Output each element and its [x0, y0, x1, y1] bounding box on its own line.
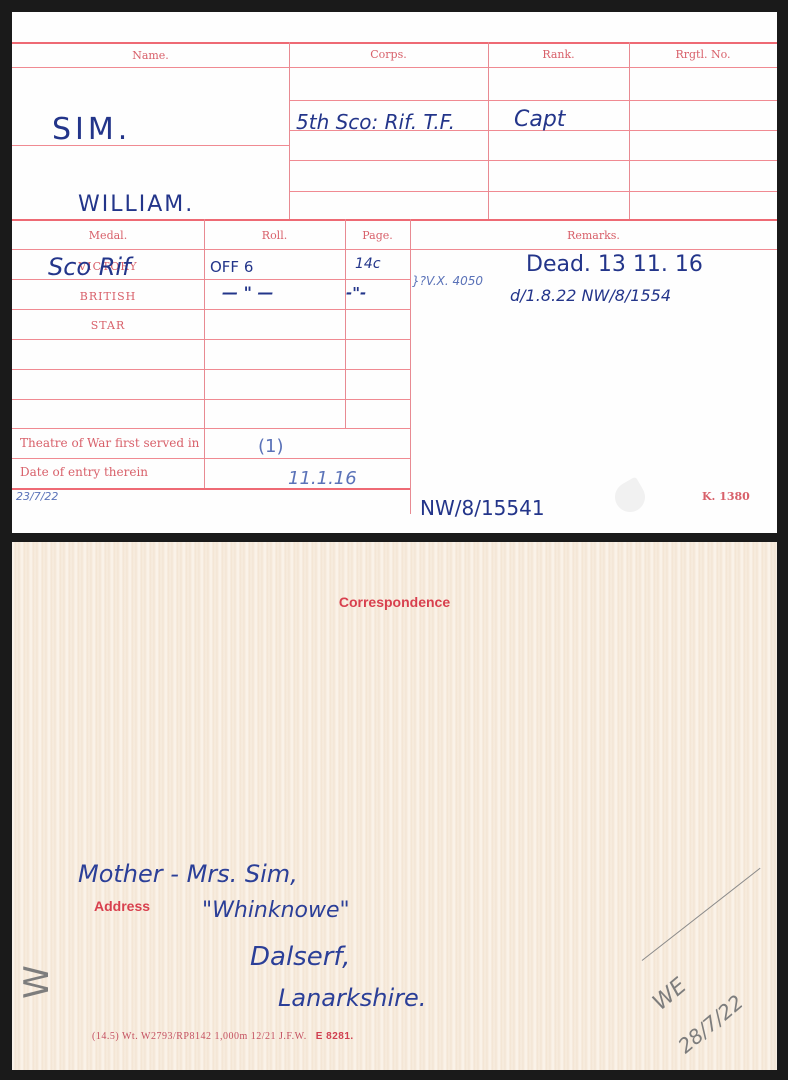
pencil-slash [642, 868, 761, 961]
hw-remark-line2: d/1.8.22 NW/8/1554 [510, 286, 671, 305]
hw-address-line3: Dalserf, [250, 942, 350, 972]
col-divider-corps [289, 42, 290, 219]
hw-medal-note: Sco Rif [48, 253, 131, 281]
hw-forename: WILLIAM. [78, 192, 194, 217]
medal-star-label: STAR [12, 319, 204, 332]
header-page: Page. [345, 229, 410, 242]
theatre-label: Theatre of War first served in [20, 436, 199, 450]
col-divider-remarks [410, 219, 411, 514]
header-name: Name. [12, 49, 289, 62]
medal-card-back: Correspondence Address Mother - Mrs. Sim… [12, 542, 777, 1070]
hw-date-entry: 11.1.16 [288, 468, 357, 489]
correspondence-heading: Correspondence [12, 594, 777, 610]
form-number: K. 1380 [702, 490, 750, 503]
header-medal: Medal. [12, 229, 204, 242]
imprint-text: (14.5) Wt. W2793/RP8142 1,000m 12/21 J.F… [92, 1031, 307, 1042]
rule [12, 339, 410, 340]
pencil-date-right: 28/7/22 [673, 990, 747, 1058]
hw-file-ref: NW/8/15541 [420, 496, 545, 520]
rule-header-bottom [12, 67, 777, 68]
hw-roll-british: — " — [222, 283, 273, 302]
hw-remark-ref: }?V.X. 4050 [412, 274, 483, 288]
hw-remark-dead: Dead. 13 11. 16 [526, 252, 703, 277]
hw-rank: Capt [514, 107, 565, 132]
rule [12, 309, 410, 310]
medal-british-label: BRITISH [12, 290, 204, 303]
imprint-code: E 8281. [316, 1031, 354, 1042]
header-corps: Corps. [289, 48, 488, 61]
hw-theatre: (1) [258, 436, 284, 457]
hw-surname: SIM. [52, 112, 131, 147]
hw-corps: 5th Sco: Rif. T.F. [296, 110, 455, 134]
printer-imprint: (14.5) Wt. W2793/RP8142 1,000m 12/21 J.F… [92, 1031, 354, 1042]
date-entry-label: Date of entry therein [20, 465, 148, 479]
rule-top [12, 42, 777, 44]
pencil-initials-left: W [17, 965, 57, 999]
col-divider-rank [488, 42, 489, 219]
col-divider-roll [204, 219, 205, 488]
rule [12, 399, 410, 400]
header-remarks: Remarks. [410, 229, 777, 242]
hw-date-corner: 23/7/22 [16, 490, 58, 503]
hw-page-victory: 14c [355, 256, 381, 272]
rule [12, 458, 410, 459]
rule [12, 428, 410, 429]
hw-address-line1: Mother - Mrs. Sim, [78, 860, 298, 888]
pencil-initials-right: WE [648, 973, 691, 1015]
medal-card-front: Name. Corps. Rank. Rrgtl. No. Medal. Rol… [12, 12, 777, 533]
hw-address-line4: Lanarkshire. [278, 984, 426, 1012]
rule [289, 160, 777, 161]
hw-roll-victory: OFF 6 [210, 258, 253, 276]
header-rank: Rank. [488, 48, 629, 61]
rule [289, 100, 777, 101]
rule [289, 191, 777, 192]
header-roll: Roll. [204, 229, 345, 242]
rule-lower-header [12, 249, 777, 250]
header-regt-no: Rrgtl. No. [629, 48, 777, 61]
address-label: Address [94, 898, 150, 914]
hw-page-british: -"- [346, 284, 366, 302]
rule [12, 369, 410, 370]
col-divider-regt [629, 42, 630, 219]
watermark-leaf-icon [610, 477, 651, 518]
col-divider-page [345, 219, 346, 428]
rule-section-divider [12, 219, 777, 221]
hw-address-line2: "Whinknowe" [202, 898, 350, 923]
